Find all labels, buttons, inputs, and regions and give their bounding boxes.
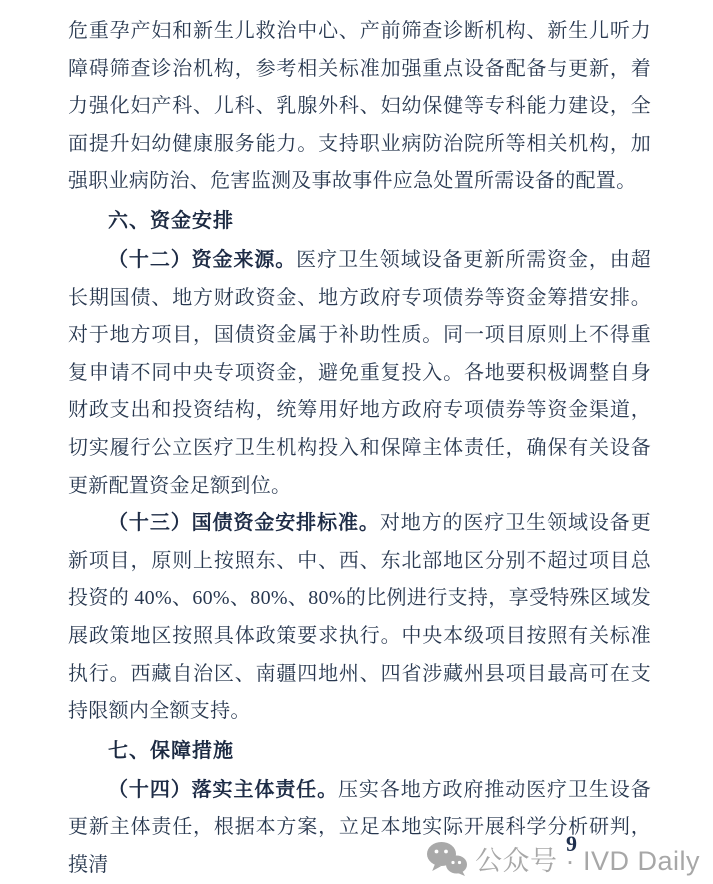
paragraph-item-12: （十二）资金来源。医疗卫生领域设备更新所需资金，由超长期国债、地方财政资金、地方… xyxy=(68,242,651,505)
watermark: 公众号 · IVD Daily xyxy=(426,839,700,878)
page-number: 9 xyxy=(566,831,577,857)
paragraph-item-13: （十三）国债资金安排标准。对地方的医疗卫生领域设备更新项目，原则上按照东、中、西… xyxy=(68,505,651,731)
paragraph-continuation: 危重孕产妇和新生儿救治中心、产前筛查诊断机构、新生儿听力障碍筛查诊治机构，参考相… xyxy=(68,13,651,201)
item-14-lead: （十四）落实主体责任。 xyxy=(108,779,338,801)
item-13-lead: （十三）国债资金安排标准。 xyxy=(108,512,380,534)
wechat-icon xyxy=(426,841,468,877)
watermark-text: 公众号 · IVD Daily xyxy=(475,839,700,878)
document-page: 危重孕产妇和新生儿救治中心、产前筛查诊断机构、新生儿听力障碍筛查诊治机构，参考相… xyxy=(0,0,713,884)
item-13-body: 对地方的医疗卫生领域设备更新项目，原则上按照东、中、西、东北部地区分别不超过项目… xyxy=(68,512,651,722)
item-12-body: 医疗卫生领域设备更新所需资金，由超长期国债、地方财政资金、地方政府专项债券等资金… xyxy=(68,249,651,497)
section-heading-safeguard: 七、保障措施 xyxy=(68,731,651,772)
section-heading-funding: 六、资金安排 xyxy=(68,201,651,242)
item-12-lead: （十二）资金来源。 xyxy=(108,249,296,271)
